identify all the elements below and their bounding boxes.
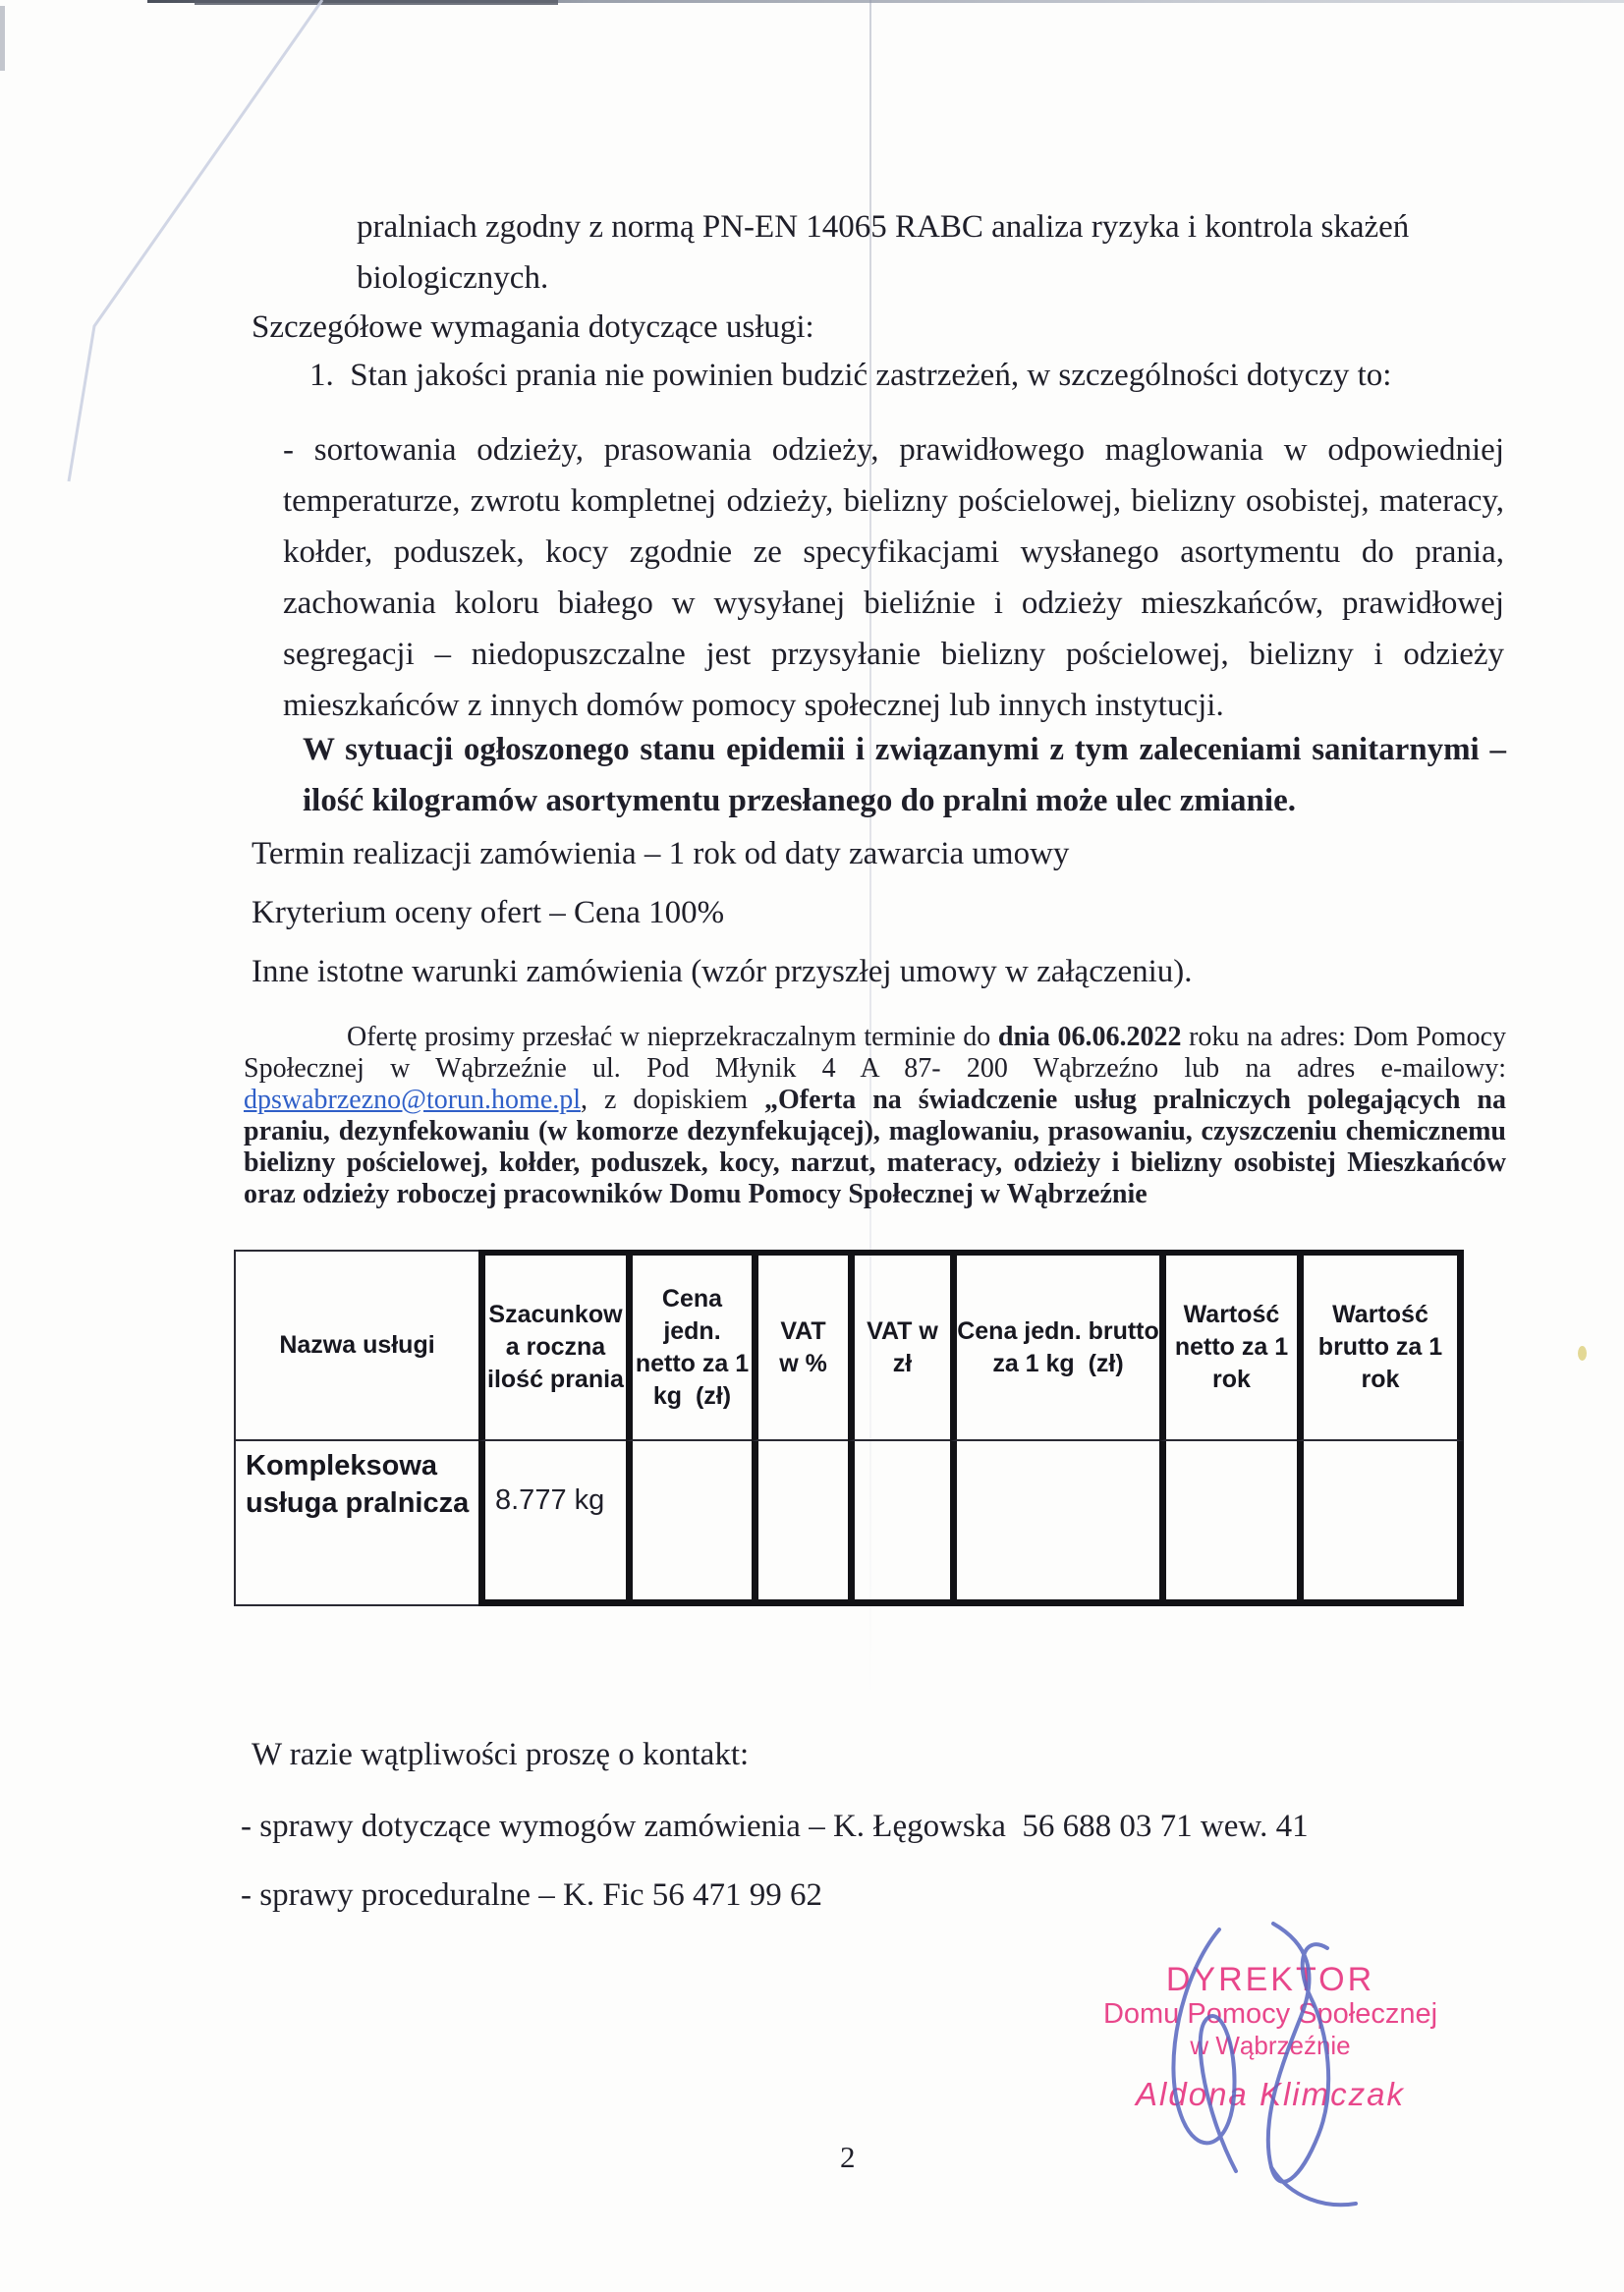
offer-paragraph: Ofertę prosimy przesłać w nieprzekraczal… [244,1022,1506,1210]
table-header-gross-value-year: Wartość brutto za 1 rok [1297,1250,1464,1441]
list-item-1: 1. Stan jakości prania nie powinien budz… [309,350,1488,401]
scan-speck [1578,1346,1587,1361]
intro-paragraph: pralniach zgodny z normą PN-EN 14065 RAB… [357,201,1472,304]
table-cell-empty-gross-year [1297,1441,1464,1606]
table-header-service-name: Nazwa usługi [234,1250,478,1441]
table-cell-empty-net-year [1159,1441,1297,1606]
list-item-text: Stan jakości prania nie powinien budzić … [350,358,1391,393]
other-conditions-line: Inne istotne warunki zamówienia (wzór pr… [252,946,1193,997]
table-cell-empty-unit-gross [950,1441,1159,1606]
table-header-unit-gross-price: Cena jedn. brutto za 1 kg (zł) [950,1250,1159,1441]
table-header-net-value-year: Wartość netto za 1 rok [1159,1250,1297,1441]
offer-text-part3: , z dopiskiem [581,1085,764,1115]
criteria-line: Kryterium oceny ofert – Cena 100% [252,887,724,938]
table-header-unit-net-price: Cena jedn. netto za 1 kg (zł) [626,1250,752,1441]
email-link: dpswabrzezno@torun.home.pl [244,1085,581,1115]
table-cell-empty-unit-net [626,1441,752,1606]
signature [1126,1912,1381,2226]
page-number: 2 [840,2140,856,2175]
table-cell-service-name: Kompleksowa usługa pralnicza [234,1441,478,1606]
quality-paragraph: - sortowania odzieży, prasowania odzieży… [283,424,1504,731]
page-crease-diagonal [0,0,413,491]
contact-line-procedural: - sprawy proceduralne – K. Fic 56 471 99… [241,1870,822,1921]
table-cell-empty-vat-zl [848,1441,950,1606]
term-line: Termin realizacji zamówienia – 1 rok od … [252,828,1069,879]
table-cell-quantity: 8.777 kg [478,1441,626,1606]
table-header-annual-quantity: Szacunkow a roczna ilość prania [478,1250,626,1441]
table-cell-empty-vat-percent [752,1441,848,1606]
contact-line-requirements: - sprawy dotyczące wymogów zamówienia – … [241,1801,1309,1852]
list-item-number: 1. [309,358,334,393]
contact-heading: W razie wątpliwości proszę o kontakt: [252,1729,749,1780]
offer-text-part1: Ofertę prosimy przesłać w nieprzekraczal… [347,1022,998,1052]
scanned-page: pralniach zgodny z normą PN-EN 14065 RAB… [0,0,1624,2292]
table-header-vat-zl: VAT w zł [848,1250,950,1441]
requirements-heading: Szczegółowe wymagania dotyczące usługi: [252,302,1430,353]
offer-deadline: dnia 06.06.2022 [998,1022,1182,1052]
table-header-vat-percent: VAT w % [752,1250,848,1441]
epidemic-notice: W sytuacji ogłoszonego stanu epidemii i … [303,724,1506,826]
pricing-table: Nazwa usługi Szacunkow a roczna ilość pr… [234,1250,1464,1606]
